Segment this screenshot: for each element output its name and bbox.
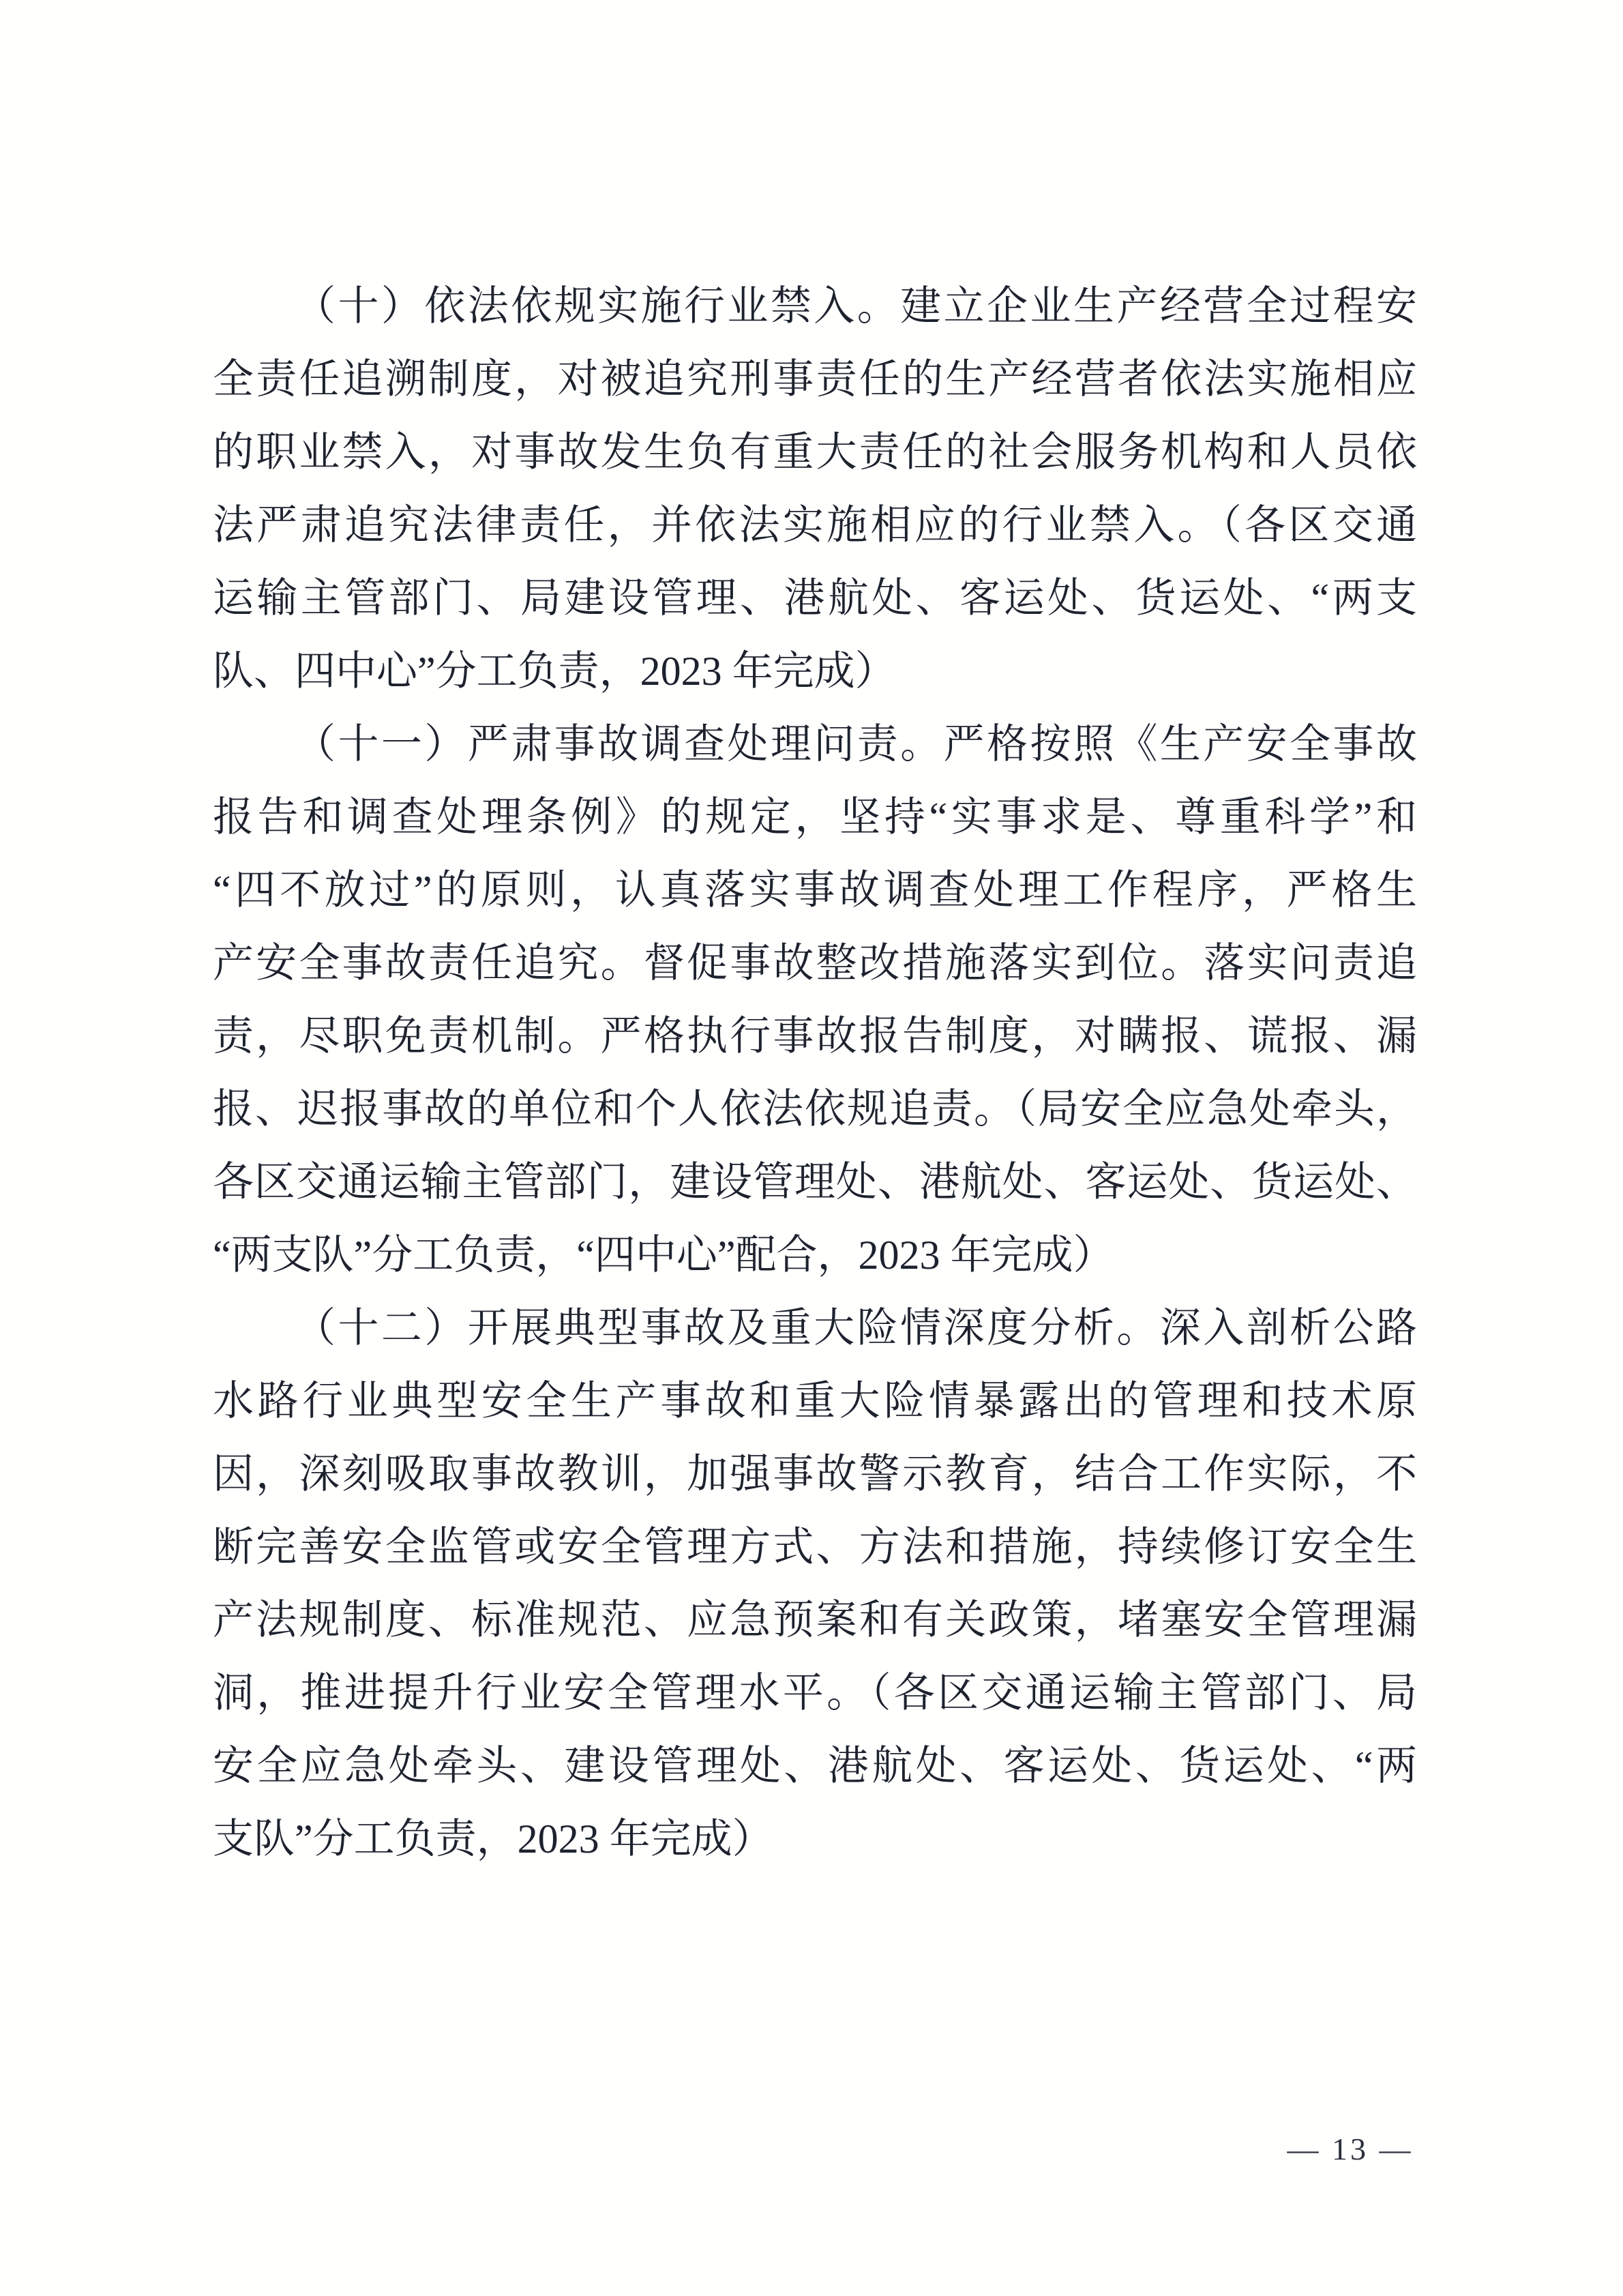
text-line: 全责任追溯制度，对被追究刑事责任的生产经营者依法实施相应	[213, 343, 1417, 416]
text-line: 断完善安全监管或安全管理方式、方法和措施，持续修订安全生	[213, 1511, 1417, 1584]
text-line: 各区交通运输主管部门，建设管理处、港航处、客运处、货运处、	[213, 1146, 1417, 1219]
text-line: 安全应急处牵头、建设管理处、港航处、客运处、货运处、“两	[213, 1730, 1417, 1803]
text-line: 支队”分工负责，2023 年完成）	[213, 1803, 1417, 1876]
text-line: 洞，推进提升行业安全管理水平。（各区交通运输主管部门、局	[213, 1657, 1417, 1730]
text-line: 报、迟报事故的单位和个人依法依规追责。（局安全应急处牵头，	[213, 1073, 1417, 1146]
text-line: 产法规制度、标准规范、应急预案和有关政策，堵塞安全管理漏	[213, 1584, 1417, 1657]
text-line: （十一）严肃事故调查处理问责。严格按照《生产安全事故	[213, 708, 1417, 781]
text-line: 水路行业典型安全生产事故和重大险情暴露出的管理和技术原	[213, 1365, 1417, 1438]
text-line: 运输主管部门、局建设管理、港航处、客运处、货运处、“两支	[213, 562, 1417, 635]
text-line: 产安全事故责任追究。督促事故整改措施落实到位。落实问责追	[213, 927, 1417, 1000]
text-line: 队、四中心”分工负责，2023 年完成）	[213, 635, 1417, 708]
text-line: （十）依法依规实施行业禁入。建立企业生产经营全过程安	[213, 270, 1417, 343]
text-line: “四不放过”的原则，认真落实事故调查处理工作程序，严格生	[213, 854, 1417, 927]
text-line: “两支队”分工负责，“四中心”配合，2023 年完成）	[213, 1219, 1417, 1292]
scanned-document-page: { "document": { "language": "zh-CN", "pa…	[0, 0, 1623, 2296]
document-page: （十）依法依规实施行业禁入。建立企业生产经营全过程安全责任追溯制度，对被追究刑事…	[0, 0, 1623, 2296]
text-line: 的职业禁入，对事故发生负有重大责任的社会服务机构和人员依	[213, 416, 1417, 489]
text-line: （十二）开展典型事故及重大险情深度分析。深入剖析公路	[213, 1292, 1417, 1365]
text-line: 法严肃追究法律责任，并依法实施相应的行业禁入。（各区交通	[213, 489, 1417, 562]
text-line: 报告和调查处理条例》的规定，坚持“实事求是、尊重科学”和	[213, 781, 1417, 854]
text-line: 因，深刻吸取事故教训，加强事故警示教育，结合工作实际，不	[213, 1438, 1417, 1511]
text-line: 责，尽职免责机制。严格执行事故报告制度，对瞒报、谎报、漏	[213, 1000, 1417, 1073]
text-block: （十）依法依规实施行业禁入。建立企业生产经营全过程安全责任追溯制度，对被追究刑事…	[213, 270, 1417, 1876]
page-number: — 13 —	[1255, 2125, 1446, 2173]
